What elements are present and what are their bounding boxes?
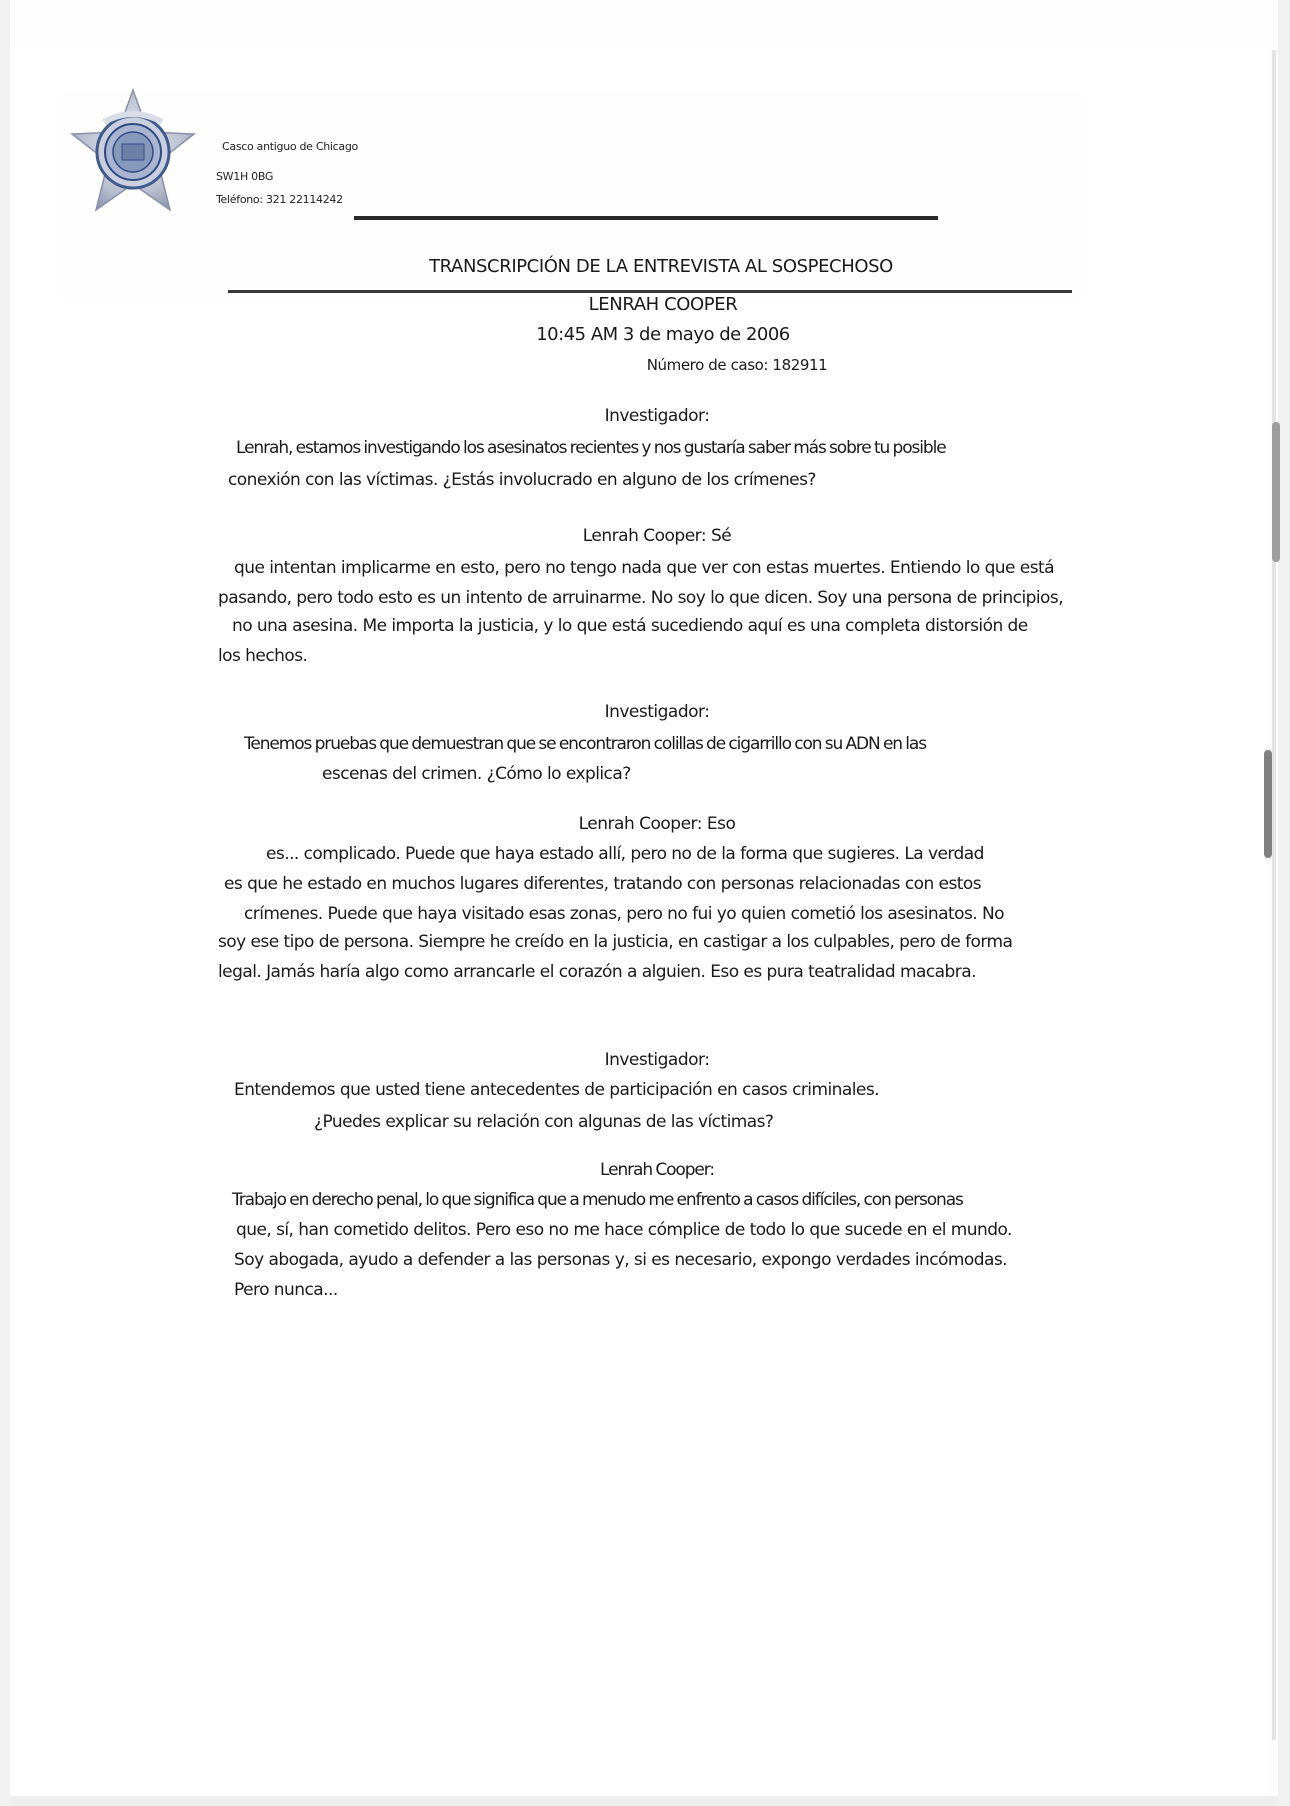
scrollbar-thumb[interactable]: [1272, 422, 1280, 562]
case-number: Número de caso: 182911: [108, 356, 1290, 374]
transcript-line: Pero nunca...: [234, 1280, 338, 1300]
transcript-line: conexión con las víctimas. ¿Estás involu…: [228, 470, 816, 490]
document-title: TRANSCRIPCIÓN DE LA ENTREVISTA AL SOSPEC…: [32, 256, 1290, 277]
interview-datetime: 10:45 AM 3 de mayo de 2006: [34, 324, 1290, 345]
transcript-line: Tenemos pruebas que demuestran que se en…: [244, 734, 926, 754]
speaker-label: Lenrah Cooper: Eso: [28, 814, 1286, 834]
phone-number: Teléfono: 321 22114242: [216, 193, 343, 206]
page-edge: [1272, 50, 1276, 1740]
transcript-line: legal. Jamás haría algo como arrancarle …: [218, 962, 976, 982]
title-divider: [228, 290, 1072, 293]
document-page: Casco antiguo de Chicago SW1H 0BG Teléfo…: [10, 48, 1268, 1798]
suspect-name: LENRAH COOPER: [34, 294, 1290, 315]
transcript-line: es que he estado en muchos lugares difer…: [224, 874, 981, 894]
viewer-bottom-edge: [10, 1796, 1278, 1806]
speaker-label: Investigador:: [28, 406, 1286, 426]
page-scrollbar-thumb[interactable]: [1264, 750, 1272, 858]
address-line-1: Casco antiguo de Chicago: [222, 140, 358, 153]
transcript-line: ¿Puedes explicar su relación con algunas…: [314, 1112, 773, 1132]
transcript-line: pasando, pero todo esto es un intento de…: [218, 588, 1063, 608]
transcript-line: que intentan implicarme en esto, pero no…: [234, 558, 1054, 578]
transcript-line: escenas del crimen. ¿Cómo lo explica?: [322, 764, 631, 784]
transcript-line: no una asesina. Me importa la justicia, …: [232, 616, 1028, 636]
transcript-line: Trabajo en derecho penal, lo que signifi…: [232, 1190, 963, 1210]
transcript-line: que, sí, han cometido delitos. Pero eso …: [236, 1220, 1012, 1240]
transcript-line: crímenes. Puede que haya visitado esas z…: [244, 904, 1004, 924]
speaker-label: Investigador:: [28, 1050, 1286, 1070]
transcript-line: Entendemos que usted tiene antecedentes …: [234, 1080, 879, 1100]
speaker-label: Lenrah Cooper: Sé: [28, 526, 1286, 546]
transcript-line: Soy abogada, ayudo a defender a las pers…: [234, 1250, 1007, 1270]
transcript-line: Lenrah, estamos investigando los asesina…: [236, 438, 946, 458]
document-viewer: Casco antiguo de Chicago SW1H 0BG Teléfo…: [10, 0, 1278, 1798]
speaker-label: Investigador:: [28, 702, 1286, 722]
transcript-line: soy ese tipo de persona. Siempre he creí…: [218, 932, 1012, 952]
transcript-line: es... complicado. Puede que haya estado …: [266, 844, 984, 864]
speaker-label: Lenrah Cooper:: [28, 1160, 1286, 1180]
address-line-2: SW1H 0BG: [216, 170, 273, 183]
header-divider: [354, 216, 938, 220]
transcript-line: los hechos.: [218, 646, 307, 666]
police-badge-icon: [66, 86, 200, 220]
